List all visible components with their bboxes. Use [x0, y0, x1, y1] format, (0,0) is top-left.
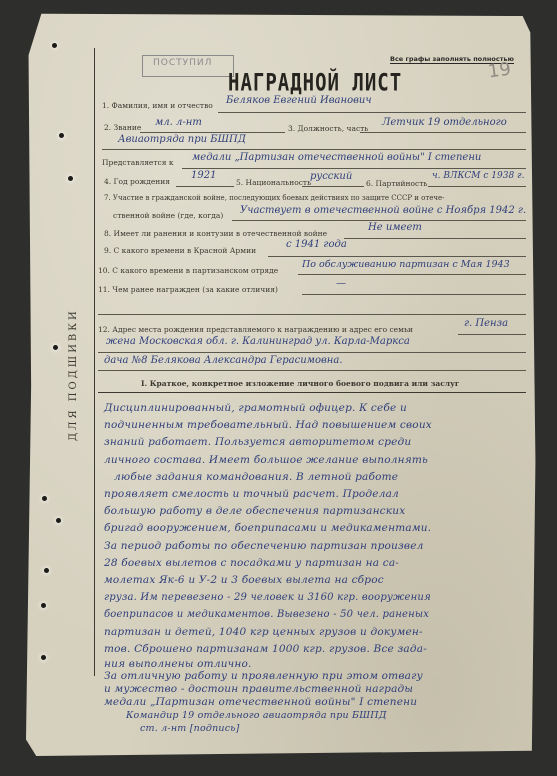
field-10-rule	[298, 274, 526, 275]
field-9-rule	[268, 256, 526, 257]
narrative-line: Дисциплинированный, грамотный офицер. К …	[104, 400, 534, 417]
field-4-value: 1921	[191, 170, 216, 181]
narrative-line: большую работу в деле обеспечения партиз…	[104, 503, 534, 520]
narrative-line: медали „Партизан отечественной войны" I …	[104, 696, 534, 709]
field-12-rule-3	[98, 370, 526, 371]
binding-hole	[44, 568, 49, 573]
field-10-value: По обслуживанию партизан с Мая 1943	[302, 259, 510, 270]
section-title: I. Краткое, конкретное изложение личного…	[141, 379, 460, 388]
narrative-line: груза. Им перевезено - 29 человек и 3160…	[104, 589, 534, 606]
field-3-rule	[360, 132, 526, 133]
narrative-line: знаний работает. Пользуется авторитетом …	[104, 434, 534, 451]
signature: ст. л-нт [подпись]	[104, 722, 534, 736]
field-12-value-0: г. Пенза	[464, 318, 508, 329]
nominated-rule	[182, 168, 526, 169]
field-8-label: 8. Имеет ли ранения и контузии в отечест…	[104, 229, 327, 238]
field-9-label: 9. С какого времени в Красной Армии	[104, 246, 256, 255]
narrative-line: боеприпасов и медикаментов. Вывезено - 5…	[104, 606, 534, 623]
narrative-line: и мужество - достоин правительственной н…	[104, 683, 534, 696]
field-11-label: 11. Чем ранее награжден (за какие отличи…	[98, 285, 278, 294]
field-7-rule	[232, 220, 526, 221]
nominated-value: медали „Партизан отечественной войны" I …	[192, 152, 481, 163]
field-1-label: 1. Фамилия, имя и отчество	[102, 101, 213, 110]
field-12-rule-2	[98, 352, 526, 353]
binding-label: ДЛЯ ПОДШИВКИ	[68, 300, 88, 450]
narrative-line: тов. Сброшено партизанам 1000 кгр. грузо…	[104, 641, 534, 658]
field-1-value: Беляков Евгений Иванович	[226, 95, 372, 106]
field-3-rule-2	[102, 149, 526, 150]
field-5-label: 5. Национальность	[236, 178, 311, 187]
field-11-value: —	[336, 278, 346, 289]
binding-hole	[42, 496, 47, 501]
narrative-line: бригад вооружением, боеприпасами и медик…	[104, 520, 534, 537]
field-8-value: Не имеет	[368, 222, 422, 233]
binding-hole	[53, 345, 58, 350]
field-12-rule	[458, 334, 526, 335]
field-8-rule	[344, 238, 526, 239]
section-rule	[98, 392, 526, 393]
commander-signature-line: Командир 19 отдельного авиаотряда при БШ…	[104, 709, 534, 722]
field-2-value: мл. л-нт	[155, 117, 202, 128]
field-6-value: ч. ВЛКСМ с 1938 г.	[432, 171, 524, 181]
narrative-line: 28 боевых вылетов с посадками у партизан…	[104, 555, 534, 572]
field-7-label-2: ственной войне (где, когда)	[113, 211, 223, 220]
binding-hole	[41, 655, 46, 660]
field-3-value-1: Летчик 19 отдельного	[382, 117, 507, 128]
field-6-label: 6. Партийность	[366, 179, 427, 188]
field-2-rule	[140, 132, 285, 133]
field-12-label: 12. Адрес места рождения представляемого…	[98, 325, 413, 334]
binding-hole	[52, 43, 57, 48]
field-11-rule-2	[98, 314, 526, 315]
binding-hole	[41, 603, 46, 608]
narrative-line: проявляет смелость и точный расчет. Прод…	[104, 486, 534, 503]
field-12-value-2: дача №8 Белякова Александра Герасимовна.	[104, 355, 343, 366]
field-9-value: с 1941 года	[286, 239, 347, 250]
binding-hole	[59, 133, 64, 138]
narrative-line: личного состава. Имеет большое желание в…	[104, 452, 534, 469]
narrative-text: Дисциплинированный, грамотный офицер. К …	[104, 400, 534, 736]
field-5-value: русский	[310, 171, 352, 182]
binding-hole	[56, 518, 61, 523]
field-12-value-1: жена Московская обл. г. Калининград ул. …	[106, 336, 410, 347]
field-10-label: 10. С какого времени в партизанском отря…	[98, 266, 278, 275]
received-stamp: ПОСТУПИЛ	[142, 55, 234, 77]
field-1-rule	[218, 112, 526, 113]
field-11-rule	[302, 294, 526, 295]
narrative-line: молетах Як-6 и У-2 и 3 боевых вылета на …	[104, 572, 534, 589]
binding-margin-line	[94, 48, 95, 676]
field-4-rule	[176, 186, 234, 187]
pencil-page-number: 19	[487, 59, 513, 83]
field-4-label: 4. Год рождения	[104, 177, 170, 186]
document-title: НАГРАДНОЙ ЛИСТ	[228, 69, 402, 97]
field-3-label: 3. Должность, часть	[288, 124, 368, 133]
field-3-value-2: Авиаотряда при БШПД	[118, 134, 246, 145]
narrative-line: За отличную работу и проявленную при это…	[104, 670, 534, 683]
field-6-rule	[428, 186, 526, 187]
binding-hole	[68, 176, 73, 181]
narrative-line: партизан и детей, 1040 кгр ценных грузов…	[104, 624, 534, 641]
narrative-line: любые задания командования. В летной раб…	[104, 469, 534, 486]
nominated-label: Представляется к	[102, 158, 174, 167]
narrative-line: подчиненным требовательный. Над повышени…	[104, 417, 534, 434]
narrative-line: За период работы по обеспечению партизан…	[104, 538, 534, 555]
field-7-value: Участвует в отечественной войне с Ноября…	[240, 205, 526, 216]
field-5-rule	[302, 186, 364, 187]
field-7-label-1: 7. Участие в гражданской войне, последую…	[104, 194, 445, 202]
field-2-label: 2. Звание	[104, 123, 141, 132]
narrative-line: ния выполнены отлично.	[104, 658, 534, 670]
